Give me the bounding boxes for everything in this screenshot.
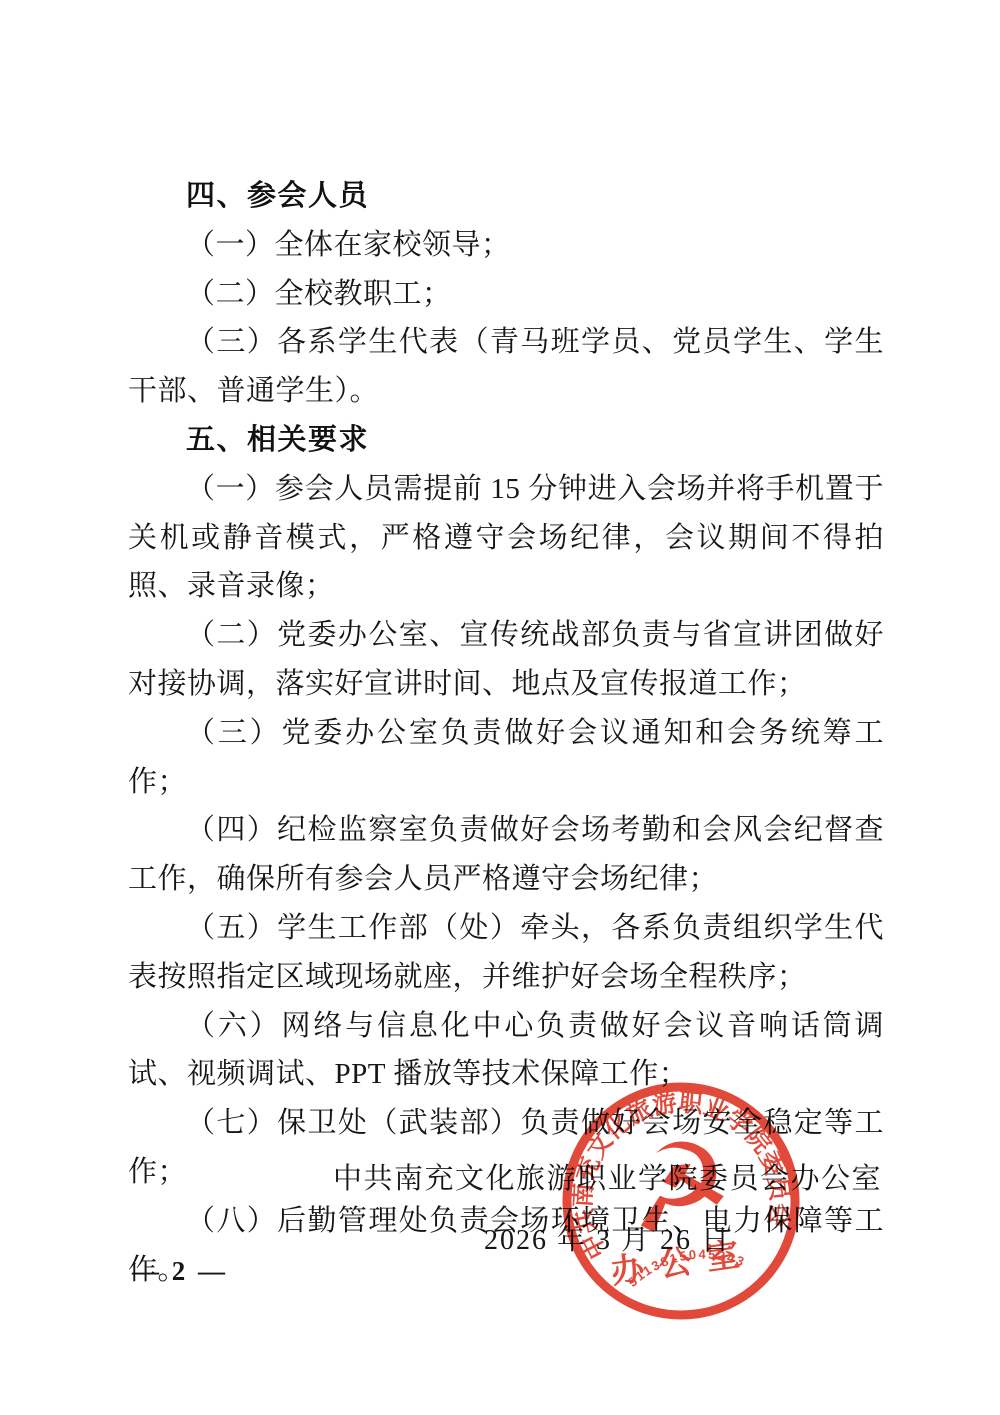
- document-body: 四、参会人员 （一）全体在家校领导； （二）全校教职工； （三）各系学生代表（青…: [128, 172, 884, 1294]
- paragraph: （三）党委办公室负责做好会议通知和会务统筹工作；: [128, 709, 884, 807]
- section-heading-participants: 四、参会人员: [128, 172, 884, 221]
- signature-block: 中共南充文化旅游职业学院委员会办公室 2026 年 3 月 26 日: [333, 1156, 882, 1258]
- paragraph: （一）全体在家校领导；: [128, 221, 884, 270]
- paragraph: （二）全校教职工；: [128, 270, 884, 319]
- paragraph: （六）网络与信息化中心负责做好会议音响话筒调试、视频调试、PPT 播放等技术保障…: [128, 1002, 884, 1100]
- paragraph: （四）纪检监察室负责做好会场考勤和会风会纪督查工作，确保所有参会人员严格遵守会场…: [128, 806, 884, 904]
- paragraph: （二）党委办公室、宣传统战部负责与省宣讲团做好对接协调，落实好宣讲时间、地点及宣…: [128, 611, 884, 709]
- paragraph: （三）各系学生代表（青马班学员、党员学生、学生干部、普通学生）。: [128, 318, 884, 416]
- paragraph: （一）参会人员需提前 15 分钟进入会场并将手机置于关机或静音模式，严格遵守会场…: [128, 465, 884, 611]
- signature-organization: 中共南充文化旅游职业学院委员会办公室: [333, 1156, 882, 1197]
- signature-date: 2026 年 3 月 26 日: [333, 1218, 882, 1258]
- section-heading-requirements: 五、相关要求: [128, 416, 884, 465]
- paragraph: （五）学生工作部（处）牵头，各系负责组织学生代表按照指定区域现场就座，并维护好会…: [128, 904, 884, 1002]
- page-number: — 2 —: [132, 1256, 228, 1287]
